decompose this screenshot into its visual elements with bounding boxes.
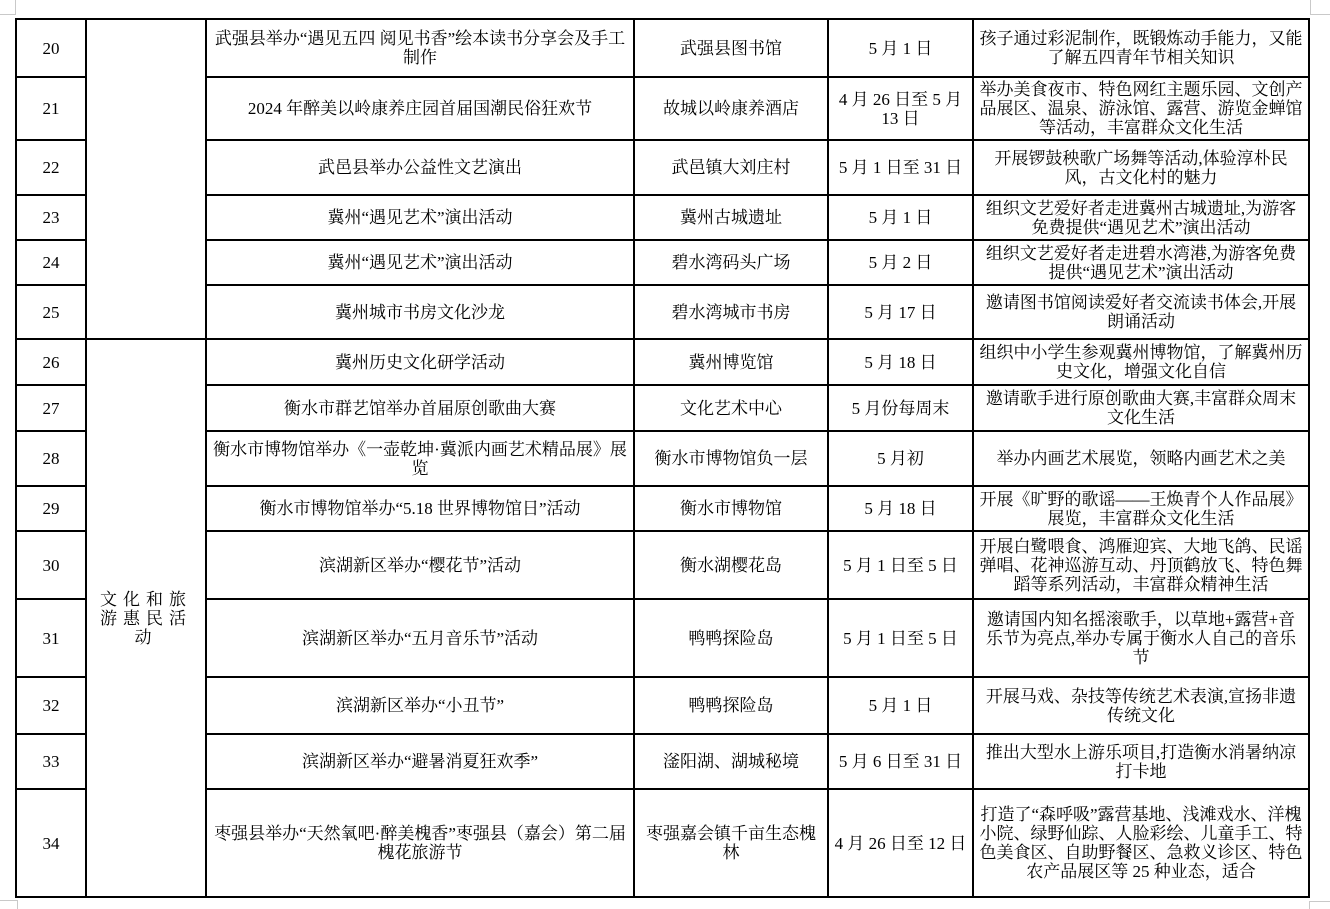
table-row: 212024 年醉美以岭康养庄园首届国潮民俗狂欢节故城以岭康养酒店4 月 26 … [16, 77, 1309, 140]
location-cell: 冀州古城遗址 [634, 195, 828, 240]
row-number-cell: 24 [16, 240, 86, 285]
table-row: 33滨湖新区举办“避暑消夏狂欢季”滏阳湖、湖城秘境5 月 6 日至 31 日推出… [16, 734, 1309, 789]
document-page: 20武强县举办“遇见五四 阅见书香”绘本读书分享会及手工制作武强县图书馆5 月 … [0, 0, 1330, 909]
table-row: 20武强县举办“遇见五四 阅见书香”绘本读书分享会及手工制作武强县图书馆5 月 … [16, 19, 1309, 77]
date-cell: 5 月份每周末 [828, 385, 973, 431]
activity-cell: 武强县举办“遇见五四 阅见书香”绘本读书分享会及手工制作 [206, 19, 634, 77]
table-row: 31滨湖新区举办“五月音乐节”活动鸭鸭探险岛5 月 1 日至 5 日邀请国内知名… [16, 599, 1309, 677]
location-cell: 枣强嘉会镇千亩生态槐林 [634, 789, 828, 897]
description-cell: 邀请图书馆阅读爱好者交流读书体会,开展朗诵活动 [973, 285, 1309, 339]
description-cell: 孩子通过彩泥制作，既锻炼动手能力，又能了解五四青年节相关知识 [973, 19, 1309, 77]
description-cell: 开展马戏、杂技等传统艺术表演,宣扬非遗传统文化 [973, 677, 1309, 734]
table-row: 24冀州“遇见艺术”演出活动碧水湾码头广场5 月 2 日组织文艺爱好者走进碧水湾… [16, 240, 1309, 285]
table-row: 30滨湖新区举办“樱花节”活动衡水湖樱花岛5 月 1 日至 5 日开展白鹭喂食、… [16, 531, 1309, 599]
date-cell: 5 月 1 日 [828, 19, 973, 77]
gridline-corner-top-left [0, 0, 16, 15]
location-cell: 鸭鸭探险岛 [634, 599, 828, 677]
table-row: 23冀州“遇见艺术”演出活动冀州古城遗址5 月 1 日组织文艺爱好者走进冀州古城… [16, 195, 1309, 240]
location-cell: 衡水市博物馆负一层 [634, 431, 828, 486]
table-row: 22武邑县举办公益性文艺演出武邑镇大刘庄村5 月 1 日至 31 日开展锣鼓秧歌… [16, 140, 1309, 195]
location-cell: 碧水湾码头广场 [634, 240, 828, 285]
date-cell: 5 月 1 日至 5 日 [828, 531, 973, 599]
description-cell: 推出大型水上游乐项目,打造衡水消暑纳凉打卡地 [973, 734, 1309, 789]
row-number-cell: 34 [16, 789, 86, 897]
row-number-cell: 27 [16, 385, 86, 431]
activity-cell: 衡水市群艺馆举办首届原创歌曲大赛 [206, 385, 634, 431]
activity-cell: 滨湖新区举办“避暑消夏狂欢季” [206, 734, 634, 789]
activity-cell: 冀州历史文化研学活动 [206, 339, 634, 385]
date-cell: 5 月 1 日至 5 日 [828, 599, 973, 677]
description-cell: 打造了“森呼吸”露营基地、浅滩戏水、洋槐小院、绿野仙踪、人脸彩绘、儿童手工、特色… [973, 789, 1309, 897]
location-cell: 武强县图书馆 [634, 19, 828, 77]
activity-cell: 2024 年醉美以岭康养庄园首届国潮民俗狂欢节 [206, 77, 634, 140]
location-cell: 冀州博览馆 [634, 339, 828, 385]
table-row: 27衡水市群艺馆举办首届原创歌曲大赛文化艺术中心5 月份每周末邀请歌手进行原创歌… [16, 385, 1309, 431]
description-cell: 举办内画艺术展览，领略内画艺术之美 [973, 431, 1309, 486]
activity-cell: 冀州“遇见艺术”演出活动 [206, 240, 634, 285]
activity-cell: 滨湖新区举办“小丑节” [206, 677, 634, 734]
activities-table-body: 20武强县举办“遇见五四 阅见书香”绘本读书分享会及手工制作武强县图书馆5 月 … [16, 19, 1309, 897]
date-cell: 5 月 1 日 [828, 195, 973, 240]
activity-cell: 滨湖新区举办“樱花节”活动 [206, 531, 634, 599]
row-number-cell: 29 [16, 486, 86, 531]
row-number-cell: 25 [16, 285, 86, 339]
description-cell: 举办美食夜市、特色网红主题乐园、文创产品展区、温泉、游泳馆、露营、游览金蝉馆等活… [973, 77, 1309, 140]
activity-cell: 衡水市博物馆举办“5.18 世界博物馆日”活动 [206, 486, 634, 531]
location-cell: 鸭鸭探险岛 [634, 677, 828, 734]
category-cell: 文化和旅游惠民活动 [86, 339, 206, 897]
activity-cell: 武邑县举办公益性文艺演出 [206, 140, 634, 195]
date-cell: 5 月 18 日 [828, 339, 973, 385]
date-cell: 4 月 26 日至 12 日 [828, 789, 973, 897]
row-number-cell: 23 [16, 195, 86, 240]
date-cell: 5 月 6 日至 31 日 [828, 734, 973, 789]
description-cell: 组织中小学生参观冀州博物馆，了解冀州历史文化，增强文化自信 [973, 339, 1309, 385]
table-row: 32滨湖新区举办“小丑节”鸭鸭探险岛5 月 1 日开展马戏、杂技等传统艺术表演,… [16, 677, 1309, 734]
description-cell: 开展《旷野的歌谣——王焕青个人作品展》展览，丰富群众文化生活 [973, 486, 1309, 531]
location-cell: 故城以岭康养酒店 [634, 77, 828, 140]
activities-table: 20武强县举办“遇见五四 阅见书香”绘本读书分享会及手工制作武强县图书馆5 月 … [15, 18, 1310, 898]
category-cell-empty [86, 19, 206, 339]
location-cell: 滏阳湖、湖城秘境 [634, 734, 828, 789]
table-row: 25冀州城市书房文化沙龙碧水湾城市书房5 月 17 日邀请图书馆阅读爱好者交流读… [16, 285, 1309, 339]
row-number-cell: 21 [16, 77, 86, 140]
location-cell: 文化艺术中心 [634, 385, 828, 431]
date-cell: 5 月 1 日至 31 日 [828, 140, 973, 195]
row-number-cell: 28 [16, 431, 86, 486]
date-cell: 5 月 18 日 [828, 486, 973, 531]
table-row: 29衡水市博物馆举办“5.18 世界博物馆日”活动衡水市博物馆5 月 18 日开… [16, 486, 1309, 531]
activity-cell: 滨湖新区举办“五月音乐节”活动 [206, 599, 634, 677]
location-cell: 碧水湾城市书房 [634, 285, 828, 339]
activity-cell: 衡水市博物馆举办《一壶乾坤·冀派内画艺术精品展》展览 [206, 431, 634, 486]
gridline-corner-bottom-left [0, 900, 18, 909]
date-cell: 5 月 2 日 [828, 240, 973, 285]
table-row: 26文化和旅游惠民活动冀州历史文化研学活动冀州博览馆5 月 18 日组织中小学生… [16, 339, 1309, 385]
row-number-cell: 33 [16, 734, 86, 789]
row-number-cell: 30 [16, 531, 86, 599]
activity-cell: 枣强县举办“天然氧吧·醉美槐香”枣强县（嘉会）第二届槐花旅游节 [206, 789, 634, 897]
row-number-cell: 22 [16, 140, 86, 195]
row-number-cell: 26 [16, 339, 86, 385]
description-cell: 组织文艺爱好者走进冀州古城遗址,为游客免费提供“遇见艺术”演出活动 [973, 195, 1309, 240]
row-number-cell: 31 [16, 599, 86, 677]
activity-cell: 冀州“遇见艺术”演出活动 [206, 195, 634, 240]
description-cell: 邀请歌手进行原创歌曲大赛,丰富群众周末文化生活 [973, 385, 1309, 431]
location-cell: 衡水市博物馆 [634, 486, 828, 531]
date-cell: 4 月 26 日至 5 月 13 日 [828, 77, 973, 140]
date-cell: 5 月 17 日 [828, 285, 973, 339]
table-row: 28衡水市博物馆举办《一壶乾坤·冀派内画艺术精品展》展览衡水市博物馆负一层5 月… [16, 431, 1309, 486]
gridline-corner-top-right [1310, 0, 1330, 15]
gridline-corner-bottom-right [1309, 901, 1330, 909]
row-number-cell: 20 [16, 19, 86, 77]
description-cell: 开展白鹭喂食、鸿雁迎宾、大地飞鸽、民谣弹唱、花神巡游互动、丹顶鹤放飞、特色舞蹈等… [973, 531, 1309, 599]
row-number-cell: 32 [16, 677, 86, 734]
description-cell: 开展锣鼓秧歌广场舞等活动,体验淳朴民风，古文化村的魅力 [973, 140, 1309, 195]
location-cell: 衡水湖樱花岛 [634, 531, 828, 599]
description-cell: 组织文艺爱好者走进碧水湾港,为游客免费提供“遇见艺术”演出活动 [973, 240, 1309, 285]
table-row: 34枣强县举办“天然氧吧·醉美槐香”枣强县（嘉会）第二届槐花旅游节枣强嘉会镇千亩… [16, 789, 1309, 897]
date-cell: 5 月初 [828, 431, 973, 486]
description-cell: 邀请国内知名摇滚歌手，以草地+露营+音乐节为亮点,举办专属于衡水人自己的音乐节 [973, 599, 1309, 677]
date-cell: 5 月 1 日 [828, 677, 973, 734]
location-cell: 武邑镇大刘庄村 [634, 140, 828, 195]
activity-cell: 冀州城市书房文化沙龙 [206, 285, 634, 339]
